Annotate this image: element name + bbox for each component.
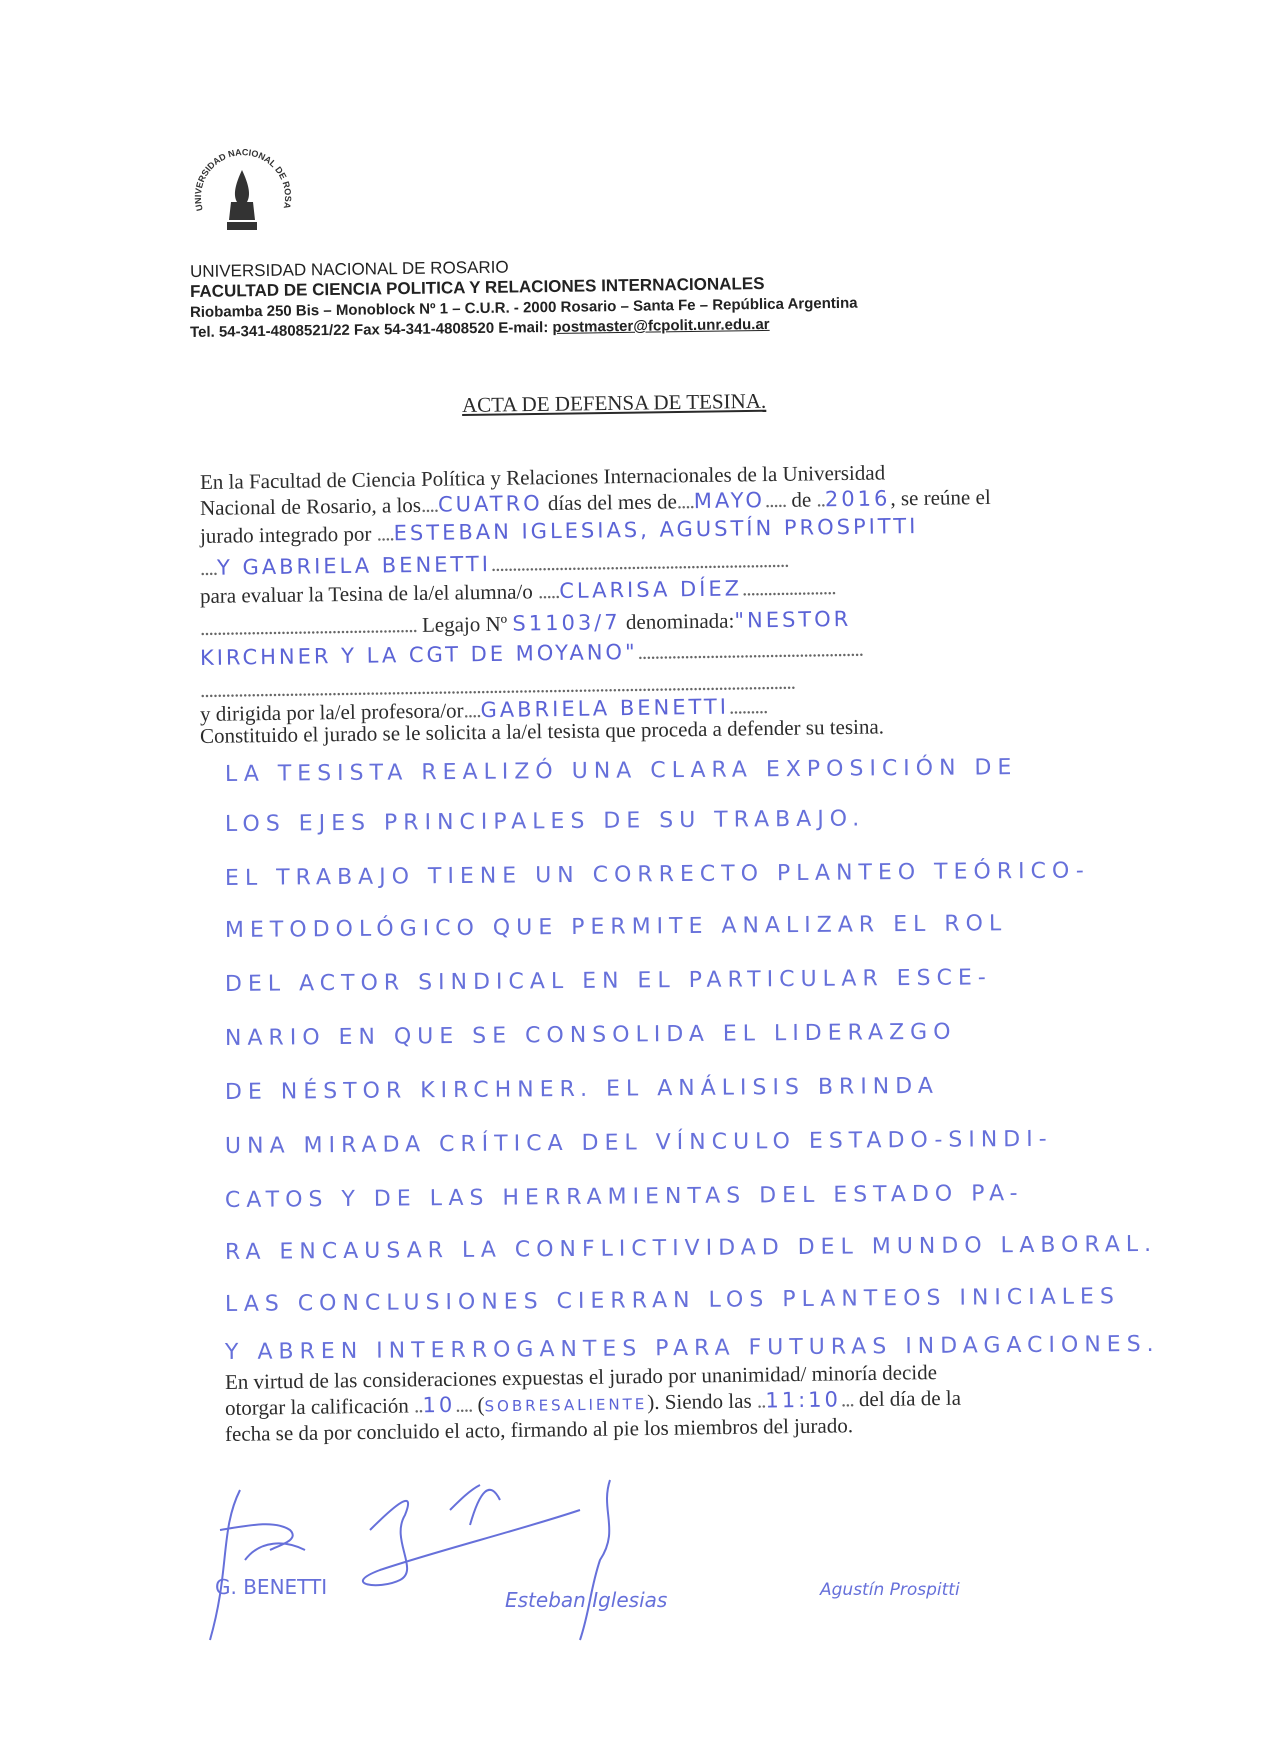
student-name: CLARISA DÍEZ bbox=[559, 576, 742, 603]
thesis-title-2: KIRCHNER Y LA CGT DE MOYANO" bbox=[200, 640, 638, 670]
grade-value: 10 bbox=[422, 1393, 455, 1417]
student-line: para evaluar la Tesina de la/el alumna/o… bbox=[200, 575, 836, 609]
evaluation-line: METODOLÓGICO QUE PERMITE ANALIZAR EL ROL bbox=[225, 911, 1007, 943]
time-value: 11:10 bbox=[765, 1387, 841, 1412]
evaluation-line: LOS EJES PRINCIPALES DE SU TRABAJO. bbox=[225, 806, 865, 837]
evaluation-line: LA TESISTA REALIZÓ UNA CLARA EXPOSICIÓN … bbox=[225, 755, 1018, 787]
legajo-value: S1103/7 bbox=[512, 610, 621, 636]
evaluation-line: DEL ACTOR SINDICAL EN EL PARTICULAR ESCE… bbox=[225, 965, 992, 997]
jury-members-1: ESTEBAN IGLESIAS, AGUSTÍN PROSPITTI bbox=[394, 514, 919, 545]
evaluation-line: RA ENCAUSAR LA CONFLICTIVIDAD DEL MUNDO … bbox=[225, 1232, 1157, 1265]
grade-words: SOBRESALIENTE bbox=[484, 1395, 647, 1415]
evaluation-line: CATOS Y DE LAS HERRAMIENTAS DEL ESTADO P… bbox=[225, 1181, 1024, 1213]
evaluation-line: DE NÉSTOR KIRCHNER. EL ANÁLISIS BRINDA bbox=[225, 1074, 939, 1105]
signature-prospitti: Agustín Prospitti bbox=[820, 1580, 960, 1600]
phone-fax: Tel. 54-341-4808521/22 Fax 54-341-480852… bbox=[190, 319, 553, 341]
jury-members-2: Y GABRIELA BENETTI bbox=[217, 552, 491, 580]
document-title: ACTA DE DEFENSA DE TESINA. bbox=[462, 389, 767, 418]
month-value: MAYO bbox=[694, 488, 765, 513]
evaluation-line: Y ABREN INTERROGANTES PARA FUTURAS INDAG… bbox=[225, 1332, 1160, 1365]
evaluation-line: LAS CONCLUSIONES CIERRAN LOS PLANTEOS IN… bbox=[225, 1284, 1120, 1317]
email-link[interactable]: postmaster@fcpolit.unr.edu.ar bbox=[552, 316, 769, 336]
thesis-title-1: "NESTOR bbox=[734, 607, 851, 633]
evaluation-line: NARIO EN QUE SE CONSOLIDA EL LIDERAZGO bbox=[225, 1020, 957, 1051]
signature-benetti: G. BENETTI bbox=[215, 1575, 327, 1599]
day-value: CUATRO bbox=[438, 491, 543, 516]
signatures-area bbox=[180, 1470, 1140, 1670]
legajo-line: ........................................… bbox=[200, 607, 852, 641]
signature-iglesias: Esteban Iglesias bbox=[505, 1588, 667, 1612]
evaluation-line: UNA MIRADA CRÍTICA DEL VÍNCULO ESTADO-SI… bbox=[225, 1127, 1053, 1159]
university-seal-logo: UNIVERSIDAD NACIONAL DE ROSARIO bbox=[185, 140, 300, 255]
year-value: 2016 bbox=[825, 486, 891, 511]
evaluation-line: EL TRABAJO TIENE UN CORRECTO PLANTEO TEÓ… bbox=[225, 858, 1090, 891]
thesis-title-line: KIRCHNER Y LA CGT DE MOYANO"............… bbox=[200, 637, 863, 671]
